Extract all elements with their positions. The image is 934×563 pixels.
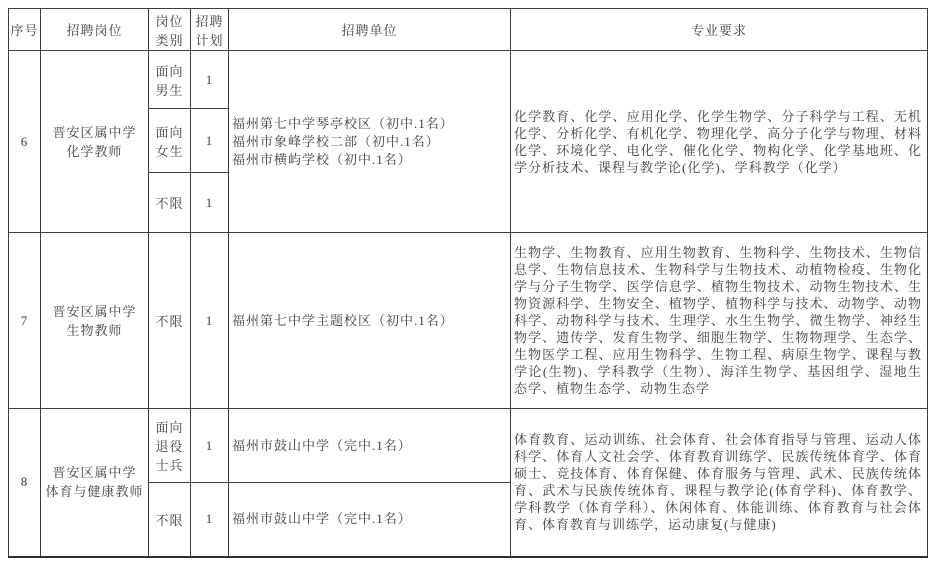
- header-position: 招聘岗位: [41, 9, 149, 51]
- header-row: 序号 招聘岗位 岗位 类别 招聘 计划 招聘单位 专业要求: [9, 9, 928, 51]
- cell-position-8: 晋安区属中学 体育与健康教师: [41, 409, 149, 557]
- cell-category-8-1: 面向 退役 士兵: [149, 409, 191, 483]
- cell-plan-6-3: 1: [191, 173, 229, 233]
- cell-requirements-6: 化学教育、化学、应用化学、化学生物学、分子科学与工程、无机化学、分析化学、有机化…: [511, 51, 928, 233]
- cell-no-6: 6: [9, 51, 41, 233]
- cell-plan-6-1: 1: [191, 51, 229, 109]
- cell-category-7: 不限: [149, 233, 191, 409]
- cell-unit-8-1: 福州市鼓山中学（完中.1名）: [229, 409, 511, 483]
- header-plan: 招聘 计划: [191, 9, 229, 51]
- table-row: 8 晋安区属中学 体育与健康教师 面向 退役 士兵 1 福州市鼓山中学（完中.1…: [9, 409, 928, 483]
- document-page: 序号 招聘岗位 岗位 类别 招聘 计划 招聘单位 专业要求 6 晋安区属中学 化…: [0, 0, 934, 563]
- cell-plan-7: 1: [191, 233, 229, 409]
- cell-no-8: 8: [9, 409, 41, 557]
- cell-category-6-3: 不限: [149, 173, 191, 233]
- cell-category-8-2: 不限: [149, 483, 191, 557]
- cell-requirements-8: 体育教育、运动训练、社会体育、社会体育指导与管理、运动人体科学、体育人文社会学、…: [511, 409, 928, 557]
- cell-plan-8-1: 1: [191, 409, 229, 483]
- cell-category-6-1: 面向 男生: [149, 51, 191, 109]
- header-category: 岗位 类别: [149, 9, 191, 51]
- cell-position-6: 晋安区属中学 化学教师: [41, 51, 149, 233]
- recruitment-table: 序号 招聘岗位 岗位 类别 招聘 计划 招聘单位 专业要求 6 晋安区属中学 化…: [8, 8, 928, 558]
- cell-category-6-2: 面向 女生: [149, 109, 191, 173]
- header-no: 序号: [9, 9, 41, 51]
- cell-unit-8-2: 福州市鼓山中学（完中.1名）: [229, 483, 511, 557]
- table-row: 7 晋安区属中学 生物教师 不限 1 福州第七中学主题校区（初中.1名） 生物学…: [9, 233, 928, 409]
- cell-unit-7: 福州第七中学主题校区（初中.1名）: [229, 233, 511, 409]
- header-unit: 招聘单位: [229, 9, 511, 51]
- cell-position-7: 晋安区属中学 生物教师: [41, 233, 149, 409]
- cell-plan-8-2: 1: [191, 483, 229, 557]
- table-row: 6 晋安区属中学 化学教师 面向 男生 1 福州第七中学琴亭校区（初中.1名） …: [9, 51, 928, 109]
- cell-no-7: 7: [9, 233, 41, 409]
- header-requirements: 专业要求: [511, 9, 928, 51]
- cell-plan-6-2: 1: [191, 109, 229, 173]
- cell-requirements-7: 生物学、生物教育、应用生物教育、生物科学、生物技术、生物信息学、生物信息技术、生…: [511, 233, 928, 409]
- cell-unit-6: 福州第七中学琴亭校区（初中.1名） 福州市象峰学校二部（初中.1名） 福州市横屿…: [229, 51, 511, 233]
